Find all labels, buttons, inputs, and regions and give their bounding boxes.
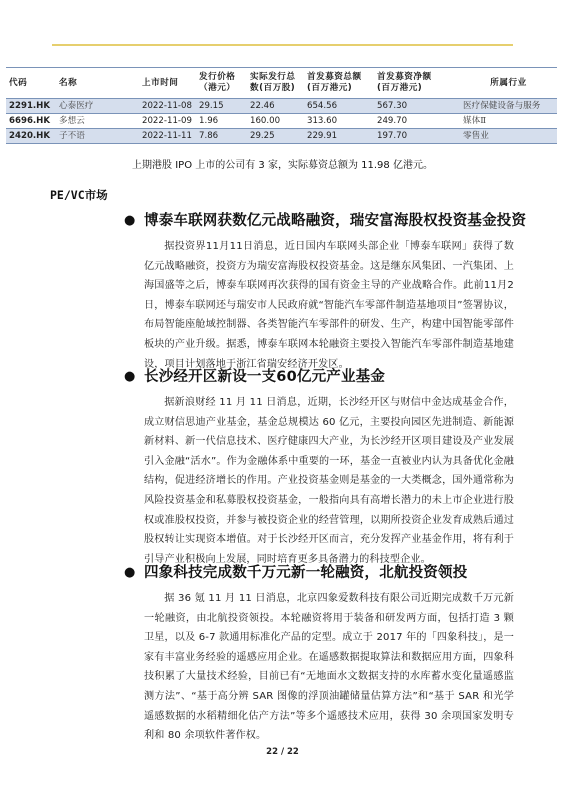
col-header-gross: 首发募资总额(百万港元): [304, 68, 374, 99]
cell-name: 心泰医疗: [56, 99, 139, 114]
table-row: 6696.HK 多想云 2022-11-09 1.96 160.00 313.6…: [6, 114, 557, 129]
article-title: 四象科技完成数千万元新一轮融资，北航投资领投: [144, 565, 467, 581]
cell-net: 197.70: [374, 129, 460, 144]
article-changsha: ● 长沙经开区新设一支60亿元产业基金 据新浪财经 11 月 11 日消息，近期…: [144, 367, 514, 569]
cell-industry: 零售业: [460, 129, 557, 144]
col-header-industry: 所属行业: [460, 68, 557, 99]
table-row: 2420.HK 子不语 2022-11-11 7.86 29.25 229.91…: [6, 129, 557, 144]
cell-code: 2291.HK: [6, 99, 56, 114]
cell-name: 多想云: [56, 114, 139, 129]
cell-shares: 29.25: [247, 129, 304, 144]
col-header-code: 代码: [6, 68, 56, 99]
article-body: 据新浪财经 11 月 11 日消息，近期，长沙经开区与财信中金达成基金合作，成立…: [144, 393, 514, 569]
cell-date: 2022-11-11: [139, 129, 196, 144]
cell-code: 2420.HK: [6, 129, 56, 144]
cell-industry: 媒体Ⅱ: [460, 114, 557, 129]
cell-gross: 313.60: [304, 114, 374, 129]
cell-shares: 22.46: [247, 99, 304, 114]
table-header-row: 代码 名称 上市时间 发行价格（港元） 实际发行总数(百万股) 首发募资总额(百…: [6, 68, 557, 99]
article-body: 据 36 氪 11 月 11 日消息，北京四象爱数科技有限公司近期完成数千万元新…: [144, 589, 514, 746]
article-heading: ● 长沙经开区新设一支60亿元产业基金: [144, 367, 514, 387]
cell-industry: 医疗保健设备与服务: [460, 99, 557, 114]
cell-shares: 160.00: [247, 114, 304, 129]
hk-ipo-table: 代码 名称 上市时间 发行价格（港元） 实际发行总数(百万股) 首发募资总额(百…: [6, 67, 557, 144]
bullet-icon: ●: [124, 563, 136, 583]
cell-gross: 229.91: [304, 129, 374, 144]
table-row: 2291.HK 心泰医疗 2022-11-08 29.15 22.46 654.…: [6, 99, 557, 114]
bullet-icon: ●: [124, 367, 136, 387]
article-botai: ● 博泰车联网获数亿元战略融资，瑞安富海股权投资基金投资 据投资界11月11日消…: [144, 211, 514, 374]
article-sixiang: ● 四象科技完成数千万元新一轮融资，北航投资领投 据 36 氪 11 月 11 …: [144, 563, 514, 746]
cell-price: 7.86: [196, 129, 247, 144]
cell-code: 6696.HK: [6, 114, 56, 129]
article-heading: ● 四象科技完成数千万元新一轮融资，北航投资领投: [144, 563, 514, 583]
cell-price: 29.15: [196, 99, 247, 114]
ipo-summary: 上期港股 IPO 上市的公司有 3 家，实际募资总额为 11.98 亿港元。: [0, 156, 565, 171]
article-body: 据投资界11月11日消息，近日国内车联网头部企业「博泰车联网」获得了数亿元战略融…: [144, 237, 514, 374]
article-title: 长沙经开区新设一支60亿元产业基金: [144, 369, 385, 385]
cell-net: 567.30: [374, 99, 460, 114]
article-heading: ● 博泰车联网获数亿元战略融资，瑞安富海股权投资基金投资: [144, 211, 514, 231]
bullet-icon: ●: [124, 211, 136, 231]
page-number: 22 / 22: [0, 747, 565, 757]
cell-net: 249.70: [374, 114, 460, 129]
cell-name: 子不语: [56, 129, 139, 144]
cell-date: 2022-11-09: [139, 114, 196, 129]
article-title: 博泰车联网获数亿元战略融资，瑞安富海股权投资基金投资: [144, 213, 526, 229]
cell-date: 2022-11-08: [139, 99, 196, 114]
col-header-shares: 实际发行总数(百万股): [247, 68, 304, 99]
col-header-price: 发行价格（港元）: [196, 68, 247, 99]
col-header-date: 上市时间: [139, 68, 196, 99]
header-rule: [52, 44, 513, 46]
cell-gross: 654.56: [304, 99, 374, 114]
section-title: PE/VC市场: [50, 187, 108, 203]
cell-price: 1.96: [196, 114, 247, 129]
col-header-net: 首发募资净额(百万港元): [374, 68, 460, 99]
col-header-name: 名称: [56, 68, 139, 99]
